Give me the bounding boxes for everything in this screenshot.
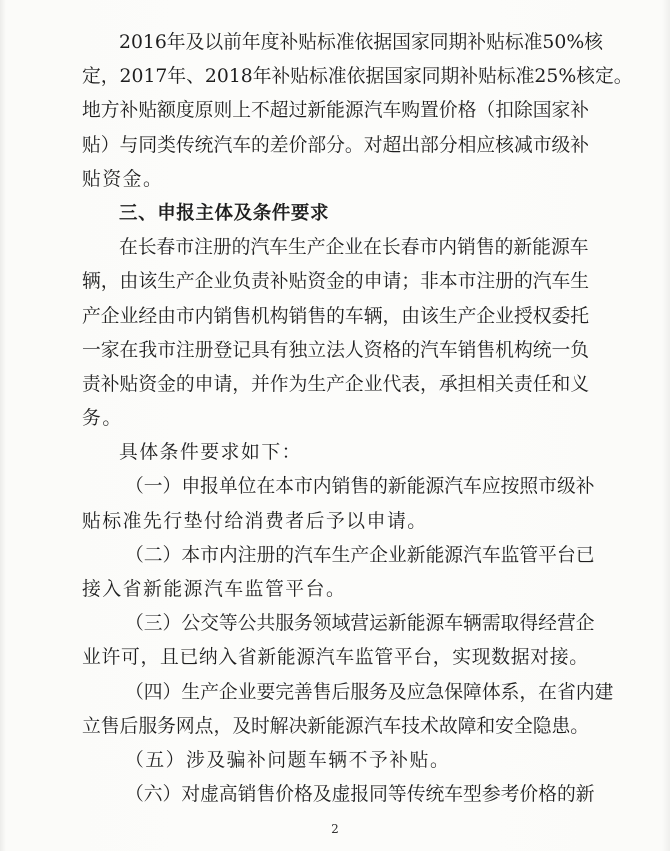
text-line: 定，2017年、2018年补贴标准依据国家同期补贴标准25%核定。	[82, 60, 588, 94]
text-line: （一）申报单位在本市内销售的新能源汽车应按照市级补	[82, 470, 588, 504]
text-line: 具体条件要求如下：	[82, 436, 588, 470]
text-line: 贴资金。	[82, 163, 588, 197]
text-line: （六）对虚高销售价格及虚报同等传统车型参考价格的新	[82, 778, 588, 812]
text-line: （五）涉及骗补问题车辆不予补贴。	[82, 744, 588, 778]
text-line: 在长春市注册的汽车生产企业在长春市内销售的新能源车	[82, 231, 588, 265]
text-line: 业许可，且已纳入省新能源汽车监管平台，实现数据对接。	[82, 641, 588, 675]
text-line: 务。	[82, 402, 588, 436]
text-line: 接入省新能源汽车监管平台。	[82, 573, 588, 607]
text-line: 辆，由该生产企业负责补贴资金的申请；非本市注册的汽车生	[82, 265, 588, 299]
text-line: 贴）与同类传统汽车的差价部分。对超出部分相应核减市级补	[82, 129, 588, 163]
text-line: （二）本市内注册的汽车生产企业新能源汽车监管平台已	[82, 539, 588, 573]
text-line: 责补贴资金的申请，并作为生产企业代表，承担相关责任和义	[82, 368, 588, 402]
document-page: 2016年及以前年度补贴标准依据国家同期补贴标准50%核定，2017年、2018…	[0, 0, 670, 851]
text-line: （四）生产企业要完善售后服务及应急保障体系，在省内建	[82, 676, 588, 710]
document-body: 2016年及以前年度补贴标准依据国家同期补贴标准50%核定，2017年、2018…	[82, 26, 588, 812]
text-line: 立售后服务网点，及时解决新能源汽车技术故障和安全隐患。	[82, 710, 588, 744]
text-line: 一家在我市注册登记具有独立法人资格的汽车销售机构统一负	[82, 334, 588, 368]
text-line: 2016年及以前年度补贴标准依据国家同期补贴标准50%核	[82, 26, 588, 60]
text-line: 产企业经由市内销售机构销售的车辆，由该生产企业授权委托	[82, 300, 588, 334]
section-heading: 三、申报主体及条件要求	[82, 197, 588, 231]
text-line: （三）公交等公共服务领域营运新能源车辆需取得经营企	[82, 607, 588, 641]
text-line: 地方补贴额度原则上不超过新能源汽车购置价格（扣除国家补	[82, 94, 588, 128]
text-line: 贴标准先行垫付给消费者后予以申请。	[82, 505, 588, 539]
page-number: 2	[0, 822, 670, 836]
